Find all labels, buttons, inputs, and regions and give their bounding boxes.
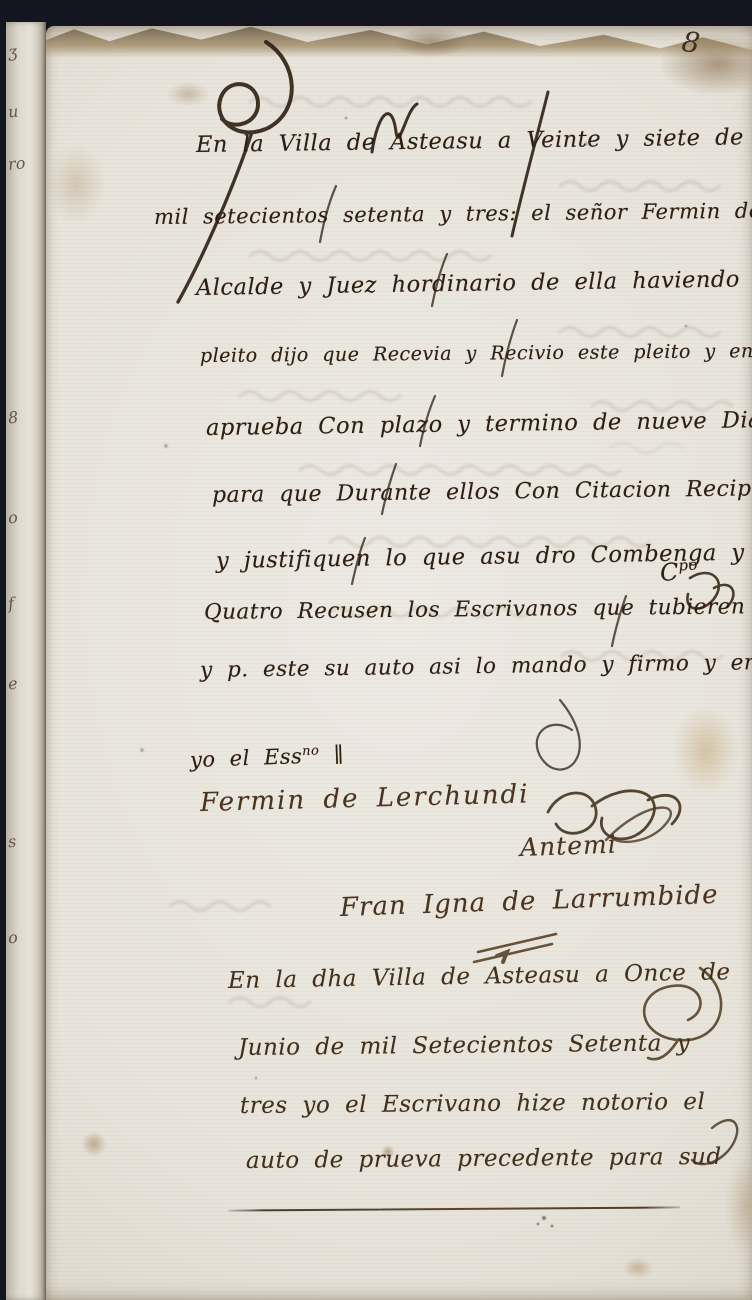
manuscript-line: auto de prueva precedente para sud xyxy=(246,1144,722,1174)
facing-page-edge: ʒ u ro 8 o f e s o xyxy=(6,22,46,1300)
closing-prefix: yo el Ess xyxy=(190,744,303,772)
facing-page-fragment: o xyxy=(7,928,19,948)
manuscript-line: Junio de mil Setecientos Setenta y xyxy=(238,1030,690,1061)
abbrev-superscript: po xyxy=(678,555,699,574)
closing-suffix: ∥ xyxy=(319,743,344,768)
abbrev-main: C xyxy=(659,558,680,587)
facing-page-fragment: e xyxy=(7,674,18,694)
facing-page-fragment: f xyxy=(7,594,15,614)
facing-page-fragment: s xyxy=(7,832,17,852)
facing-page-fragment: ʒ xyxy=(7,42,18,62)
facing-page-fragment: ro xyxy=(7,153,26,174)
facing-page-fragment: o xyxy=(7,508,19,528)
marginal-abbreviation: Cpo xyxy=(659,555,699,587)
facing-page-fragment: u xyxy=(7,102,19,122)
facing-page-fragment: 8 xyxy=(7,408,19,428)
closing-superscript: no xyxy=(302,743,320,759)
manuscript-line: tres yo el Escrivano hize notorio el xyxy=(240,1089,706,1119)
ante-mi-note: Antemi xyxy=(519,830,617,862)
manuscript-scan: { "scan": { "description": "Scanned manu… xyxy=(0,0,752,1300)
